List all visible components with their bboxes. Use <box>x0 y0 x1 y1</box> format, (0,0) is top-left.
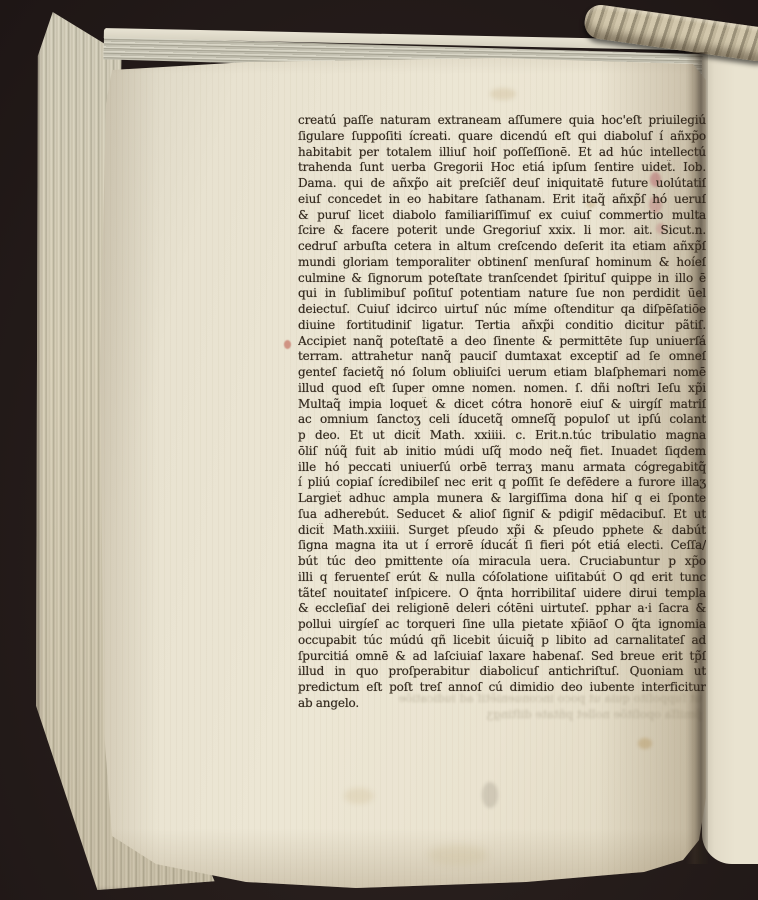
text-line: mundi gloriam temporaliter obtinenſ menſ… <box>298 255 706 271</box>
text-line: ſcire & facere poterit unde Gregoriuſ xx… <box>298 223 706 239</box>
text-line: Accipiet nanq̃ poteſtatē a deo ſinente &… <box>298 334 706 350</box>
gutter-shadow <box>686 52 708 864</box>
text-line: eiuſ concedet in eo habitare ſathanam. E… <box>298 192 706 208</box>
text-line: p deo. Et ut dicit̃ Math. xxiiii. c. Eri… <box>298 428 706 444</box>
text-line: & eccleſiaſ dei religionē deleri cótēni … <box>298 601 706 617</box>
text-line: predictum eſt poſt treſ annoſ cú dimidio… <box>298 680 706 696</box>
text-line: ac omnium ſanctoʒ celi íducetq̃ omneſq̃ … <box>298 412 706 428</box>
text-line: Multaq̃ impia loquet̃ & dicet cótra hono… <box>298 397 706 413</box>
text-line: í pliú copiaſ ícredibileſ nec erit q poſ… <box>298 475 706 491</box>
text-line: trahenda ſunt uerba Gregorii Hoc etiá ip… <box>298 160 706 176</box>
text-line: ſpurcitiá omnē & ad laſciuiaſ laxare hab… <box>298 649 706 665</box>
text-line: ſigna magna ita ut í errorē íducát̃ ſi f… <box>298 538 706 554</box>
text-line: qui in ſublimibuſ poſituſ potentiam natu… <box>298 286 706 302</box>
facing-page-sliver <box>702 52 758 864</box>
text-line: genteſ facietq̃ nó ſolum obliuiſci uerum… <box>298 365 706 381</box>
text-line: creatú paſſe naturam extraneam aſſumere … <box>298 113 706 129</box>
text-line: terram. attrahetur nanq̃ pauciſ dumtaxat… <box>298 349 706 365</box>
book-page: ut ſuppoſito quia ut poco inconueniētiſ … <box>98 40 706 888</box>
book-photo: ut ſuppoſito quia ut poco inconueniētiſ … <box>0 0 758 900</box>
text-line: illud quod eſt ſuper omne nomen. nomen. … <box>298 381 706 397</box>
text-line: ōliſ núq̃ fuit ab initio múdi uſq̃ modo … <box>298 444 706 460</box>
text-line: illud in quo proſperabitur diabolicuſ an… <box>298 664 706 680</box>
text-line: bút túc deo pmittente oía miracula uera.… <box>298 554 706 570</box>
text-line: occupabit túc múdú qñ licebit úicuiq̃ p … <box>298 633 706 649</box>
page-text-block: creatú paſſe naturam extraneam aſſumere … <box>298 113 706 712</box>
text-line: ille hó peccati uniuerſú orbē terraʒ man… <box>298 460 706 476</box>
text-line: diuine fortitudiniſ ligatur. Tertia añxp… <box>298 318 706 334</box>
text-line: Dama. qui de añxp̃o ait preſciẽſ deuſ in… <box>298 176 706 192</box>
text-line: pollui uirgíeſ ac torqueri ſine ulla pie… <box>298 617 706 633</box>
text-line: & puruſ licet diabolo familiariſſimuſ ex… <box>298 208 706 224</box>
text-line: Largiet̃ adhuc ampla munera & largiſſima… <box>298 491 706 507</box>
text-line: ſigulare ſuppoſiti ícreati. quare dicend… <box>298 129 706 145</box>
text-line: illi q feruenteſ erút & nulla cóſolation… <box>298 570 706 586</box>
text-line: ſua adherebút. Seducet & alioſ ſigniſ & … <box>298 507 706 523</box>
text-line: habitabit per totalem illiuſ hoiſ poſſeſ… <box>298 145 706 161</box>
text-line: ab angelo. <box>298 696 706 712</box>
text-line: dicit̃ Math.xxiiii. Surget pſeudo xp̃i &… <box>298 523 706 539</box>
text-line: cedruſ arbuſta cetera in altum creſcendo… <box>298 239 706 255</box>
text-line: tãteſ nouitateſ inſpicere. O q̃nta horri… <box>298 586 706 602</box>
text-line: culmine & ſignorum poteſtate tranſcendet… <box>298 271 706 287</box>
text-line: deiectuſ. Cuiuſ idcirco uirtuſ núc míme … <box>298 302 706 318</box>
